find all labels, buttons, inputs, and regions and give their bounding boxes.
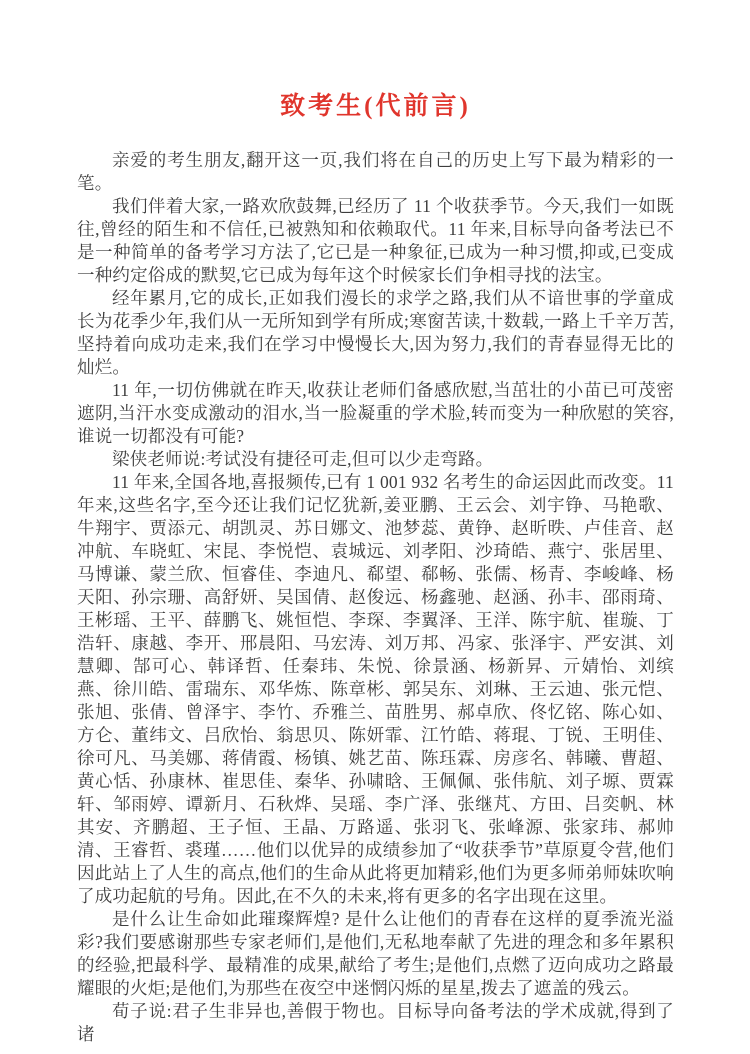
paragraph: 11 年,一切仿佛就在昨天,收获让老师们备感欣慰,当茁壮的小苗已可茂密遮阴,当汗… (77, 379, 674, 448)
paragraph-names-list: 11 年来,全国各地,喜报频传,已有 1 001 932 名考生的命运因此而改变… (77, 471, 674, 908)
paragraph: 经年累月,它的成长,正如我们漫长的求学之路,我们从不谙世事的学童成长为花季少年,… (77, 287, 674, 379)
paragraph: 亲爱的考生朋友,翻开这一页,我们将在自己的历史上写下最为精彩的一笔。 (77, 149, 674, 195)
page-title: 致考生(代前言) (77, 86, 674, 122)
paragraph: 我们伴着大家,一路欢欣鼓舞,已经历了 11 个收获季节。今天,我们一如既往,曾经… (77, 195, 674, 287)
document-page: 致考生(代前言) 亲爱的考生朋友,翻开这一页,我们将在自己的历史上写下最为精彩的… (0, 0, 750, 1054)
paragraph: 荀子说:君子生非异也,善假于物也。目标导向备考法的学术成就,得到了诸 (77, 1000, 674, 1046)
paragraph: 是什么让生命如此璀璨辉煌? 是什么让他们的青春在这样的夏季流光溢彩?我们要感谢那… (77, 908, 674, 1000)
document-body: 亲爱的考生朋友,翻开这一页,我们将在自己的历史上写下最为精彩的一笔。 我们伴着大… (77, 149, 674, 1046)
paragraph: 梁侠老师说:考试没有捷径可走,但可以少走弯路。 (77, 448, 674, 471)
